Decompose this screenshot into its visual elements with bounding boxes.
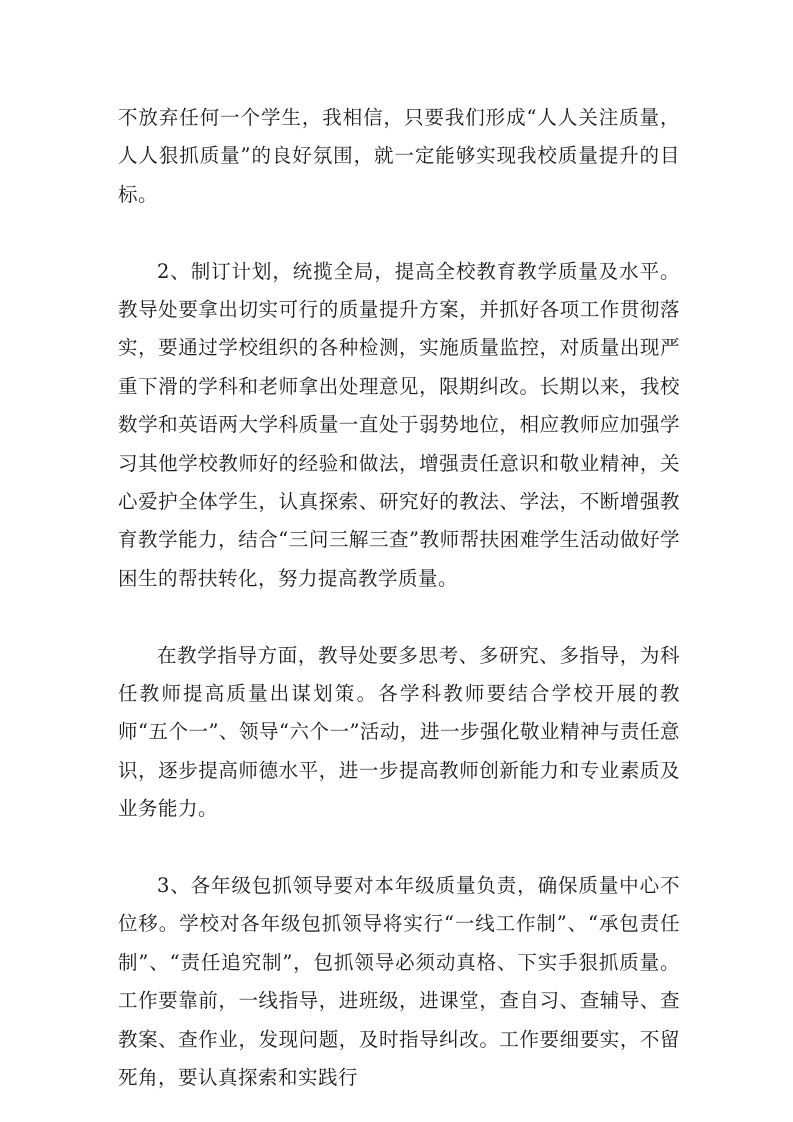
- paragraph-teaching-guidance: 在教学指导方面，教导处要多思考、多研究、多指导，为科任教师提高质量出谋划策。各学…: [118, 637, 680, 829]
- paragraph-plan-overall: 2、制订计划，统揽全局，提高全校教育教学质量及水平。教导处要拿出切实可行的质量提…: [118, 253, 680, 599]
- paragraph-quality-atmosphere: 不放弃任何一个学生，我相信，只要我们形成“人人关注质量，人人狠抓质量”的良好氛围…: [118, 99, 680, 214]
- document-page: 不放弃任何一个学生，我相信，只要我们形成“人人关注质量，人人狠抓质量”的良好氛围…: [0, 0, 793, 1122]
- document-body: 不放弃任何一个学生，我相信，只要我们形成“人人关注质量，人人狠抓质量”的良好氛围…: [118, 99, 680, 1098]
- paragraph-grade-leadership: 3、各年级包抓领导要对本年级质量负责，确保质量中心不位移。学校对各年级包抓领导将…: [118, 867, 680, 1097]
